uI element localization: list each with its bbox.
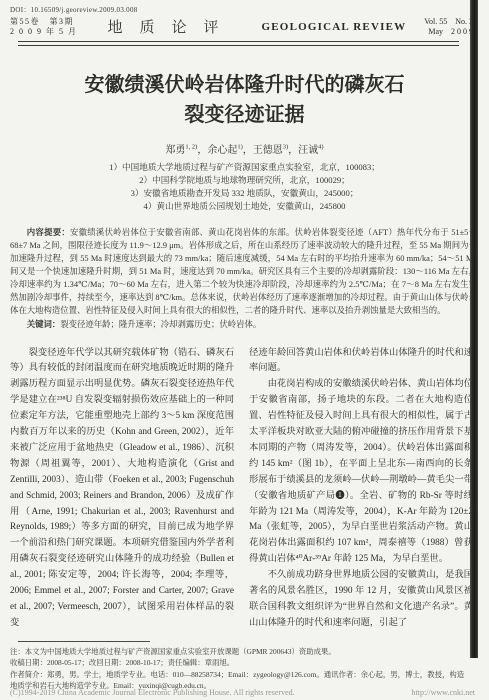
author: 余心起1)， bbox=[207, 145, 252, 156]
volume-info-cn: 第55卷 第3期 2 0 0 9 年 5 月 bbox=[10, 17, 78, 37]
author-affil-sup: 1, 2) bbox=[185, 143, 197, 150]
volume-cn-line1: 第55卷 第3期 bbox=[10, 17, 78, 27]
abstract: 内容提要：安徽绩溪伏岭岩体位于安徽省南部、黄山花岗岩体的东部。伏岭岩体裂变径迹（… bbox=[10, 226, 477, 317]
masthead-row: 第55卷 第3期 2 0 0 9 年 5 月 地质论评 GEOLOGICAL R… bbox=[10, 16, 473, 37]
affiliation-2: 2）中国科学院地质与地球物理研究所，北京，100029； bbox=[0, 174, 489, 187]
affiliation-4: 4）黄山世界地质公园规划土地处，安徽黄山，245800 bbox=[0, 200, 489, 213]
body-paragraph-3: 不久前成功跻身世界地质公园的安徽黄山，是我国著名的风景名胜区，1990 年 12… bbox=[249, 568, 473, 632]
scan-artifact-bar bbox=[470, 0, 478, 658]
page-header: DOI：10.16509/j.georeview.2009.03.008 第55… bbox=[0, 0, 489, 46]
author: 汪诚4) bbox=[298, 145, 323, 156]
footnote-funding: 注：本文为中国地质大学地质过程与矿产资源国家重点实验室开放课题（GPMR 200… bbox=[10, 646, 473, 657]
keywords: 关键词：裂变径迹年龄；隆升速率；冷却剥露历史；伏岭岩体。 bbox=[10, 318, 477, 331]
affiliation-3: 3）安徽省地质勘查开发局 332 地质队，安徽黄山，245000； bbox=[0, 187, 489, 200]
abstract-label: 内容提要： bbox=[27, 228, 70, 237]
author-line: 郑勇1, 2)，余心起1)，王德恩3)，汪诚4) bbox=[0, 141, 489, 156]
body-paragraph-1: 裂变径迹年代学以其研究载体矿物（锆石、磷灰石等）具有较低的封闭温度而在研究地质晚… bbox=[10, 346, 234, 632]
body-columns: 裂变径迹年代学以其研究载体矿物（锆石、磷灰石等）具有较低的封闭温度而在研究地质晚… bbox=[10, 346, 473, 632]
affiliation-1: 1）中国地质大学地质过程与矿产资源国家重点实验室，北京，100083； bbox=[0, 161, 489, 174]
footnote-dates: 收稿日期：2008-05-17；改回日期：2008-10-17；责任编辑：章雨旭… bbox=[10, 657, 473, 668]
keywords-label: 关键词： bbox=[27, 320, 61, 329]
author: 王德恩3)， bbox=[253, 145, 298, 156]
journal-title-en: GEOLOGICAL REVIEW bbox=[262, 21, 407, 33]
affiliation-list: 1）中国地质大学地质过程与矿产资源国家重点实验室，北京，100083； 2）中国… bbox=[0, 161, 489, 213]
volume-info-en: Vol. 55 No. 3 May 2 0 0 9 bbox=[424, 17, 473, 37]
cnki-watermark: (C)1994-2019 China Academic Journal Elec… bbox=[10, 688, 475, 697]
keywords-text: 裂变径迹年龄；隆升速率；冷却剥露历史；伏岭岩体。 bbox=[60, 320, 261, 329]
footnote-block: 注：本文为中国地质大学地质过程与矿产资源国家重点实验室开放课题（GPMR 200… bbox=[10, 646, 473, 692]
right-column: 径迹年龄回答黄山岩体和伏岭岩体山体隆升的时代和速率问题。 由花岗岩构成的安徽绩溪… bbox=[249, 346, 473, 632]
author: 郑勇1, 2)， bbox=[165, 145, 207, 156]
doi-line: DOI：10.16509/j.georeview.2009.03.008 bbox=[10, 5, 473, 15]
journal-title-cn: 地质论评 bbox=[108, 16, 236, 37]
abstract-text: 安徽绩溪伏岭岩体位于安徽省南部、黄山花岗岩体的东部。伏岭岩体裂变径迹（AFT）热… bbox=[10, 228, 477, 315]
author-affil-sup: 4) bbox=[318, 143, 323, 150]
cnki-url: http://www.cnki.net bbox=[412, 688, 475, 697]
left-column: 裂变径迹年代学以其研究载体矿物（锆石、磷灰石等）具有较低的封闭温度而在研究地质晚… bbox=[10, 346, 234, 632]
footnote-divider bbox=[18, 641, 150, 642]
journal-page: DOI：10.16509/j.georeview.2009.03.008 第55… bbox=[0, 0, 489, 700]
volume-en-line2: May 2 0 0 9 bbox=[424, 27, 473, 37]
copyright-text: (C)1994-2019 China Academic Journal Elec… bbox=[10, 688, 295, 697]
article-title-line1: 安徽绩溪伏岭岩体隆升时代的磷灰石 bbox=[0, 70, 489, 100]
volume-cn-line2: 2 0 0 9 年 5 月 bbox=[10, 27, 78, 37]
body-paragraph-1-continued: 径迹年龄回答黄山岩体和伏岭岩体山体隆升的时代和速率问题。 bbox=[249, 346, 473, 378]
article-title-line2: 裂变径迹证据 bbox=[0, 100, 489, 130]
footnote-author-bio-line1: 作者简介：郑勇，男。学士，地质学专业。电话：010—88258734；Email… bbox=[10, 669, 473, 680]
article-title: 安徽绩溪伏岭岩体隆升时代的磷灰石 裂变径迹证据 bbox=[0, 70, 489, 130]
header-divider bbox=[18, 41, 459, 46]
body-paragraph-2: 由花岗岩构成的安徽绩溪伏岭岩体、黄山岩体均位于安徽省南部，扬子地块的东段。二者在… bbox=[249, 377, 473, 568]
volume-en-line1: Vol. 55 No. 3 bbox=[424, 17, 473, 27]
